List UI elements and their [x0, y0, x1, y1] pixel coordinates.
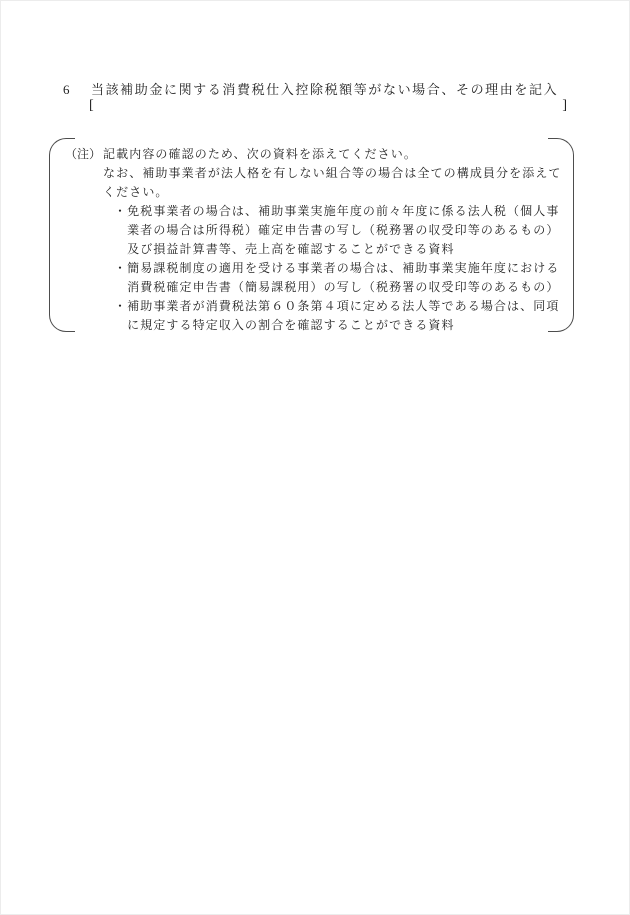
note-content: （注） 記載内容の確認のため、次の資料を添えてください。 なお、補助事業者が法人… [65, 145, 563, 335]
note-box: （注） 記載内容の確認のため、次の資料を添えてください。 なお、補助事業者が法人… [49, 138, 574, 332]
bullet-marker: ・ [114, 202, 127, 259]
note-bullet-item-3: ・ 補助事業者が消費税法第６０条第４項に定める法人等である場合は、同項に規定する… [114, 297, 563, 335]
note-intro-line-1: 記載内容の確認のため、次の資料を添えてください。 [103, 145, 563, 164]
fill-field-close-bracket: ] [562, 97, 567, 115]
note-body: 記載内容の確認のため、次の資料を添えてください。 なお、補助事業者が法人格を有し… [103, 145, 563, 335]
bullet-marker: ・ [114, 259, 127, 297]
bullet-marker: ・ [114, 297, 127, 335]
note-bullet-item-2: ・ 簡易課税制度の適用を受ける事業者の場合は、補助事業実施年度における消費税確定… [114, 259, 563, 297]
document-page: 6 当該補助金に関する消費税仕入控除税額等がない場合、その理由を記入 [ ] （… [0, 0, 630, 915]
item-number: 6 [63, 82, 71, 98]
item-6-heading: 6 当該補助金に関する消費税仕入控除税額等がない場合、その理由を記入 [63, 79, 558, 98]
note-label: （注） [65, 145, 101, 335]
bullet-text-article-60: 補助事業者が消費税法第６０条第４項に定める法人等である場合は、同項に規定する特定… [127, 297, 563, 335]
bullet-text-exempt-business: 免税事業者の場合は、補助事業実施年度の前々年度に係る法人税（個人事業者の場合は所… [127, 202, 563, 259]
note-intro-line-2: なお、補助事業者が法人格を有しない組合等の場合は全ての構成員分を添えてください。 [103, 164, 563, 202]
note-bullet-item-1: ・ 免税事業者の場合は、補助事業実施年度の前々年度に係る法人税（個人事業者の場合… [114, 202, 563, 259]
note-bullet-list: ・ 免税事業者の場合は、補助事業実施年度の前々年度に係る法人税（個人事業者の場合… [103, 202, 563, 335]
reason-fill-field: [ ] [89, 97, 567, 115]
bullet-text-simplified-taxation: 簡易課税制度の適用を受ける事業者の場合は、補助事業実施年度における消費税確定申告… [127, 259, 563, 297]
item-title: 当該補助金に関する消費税仕入控除税額等がない場合、その理由を記入 [91, 82, 558, 97]
fill-field-value [94, 97, 563, 115]
